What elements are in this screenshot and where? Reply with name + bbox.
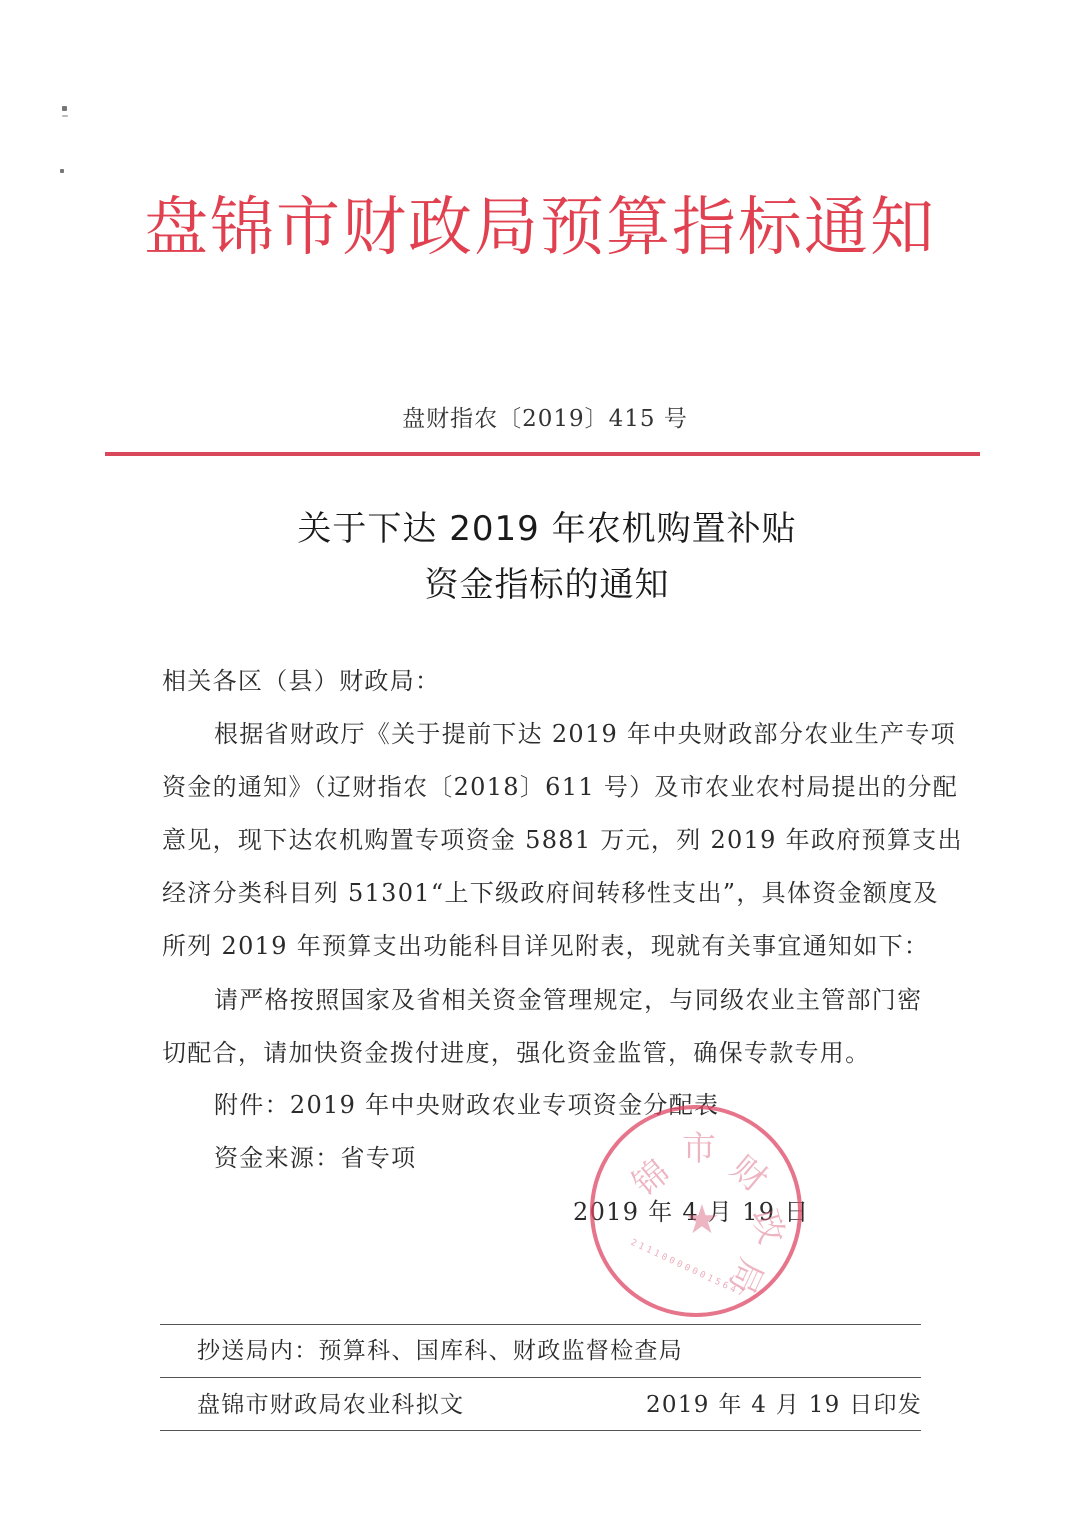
salutation: 相关各区（县）财政局： [162,666,440,696]
footer-rule-middle [160,1377,921,1378]
signature-date: 2019 年 4 月 19 日 [573,1197,810,1227]
stamp-char: 市 [682,1121,716,1170]
footer-rule-top [160,1324,921,1325]
document-number: 盘财指农〔2019〕415 号 [0,400,1080,433]
stamp-char: 局 [720,1252,779,1304]
issue-date: 2019 年 4 月 19 日印发 [646,1390,922,1420]
notice-title-line-1: 关于下达 2019 年农机购置补贴 [0,501,1080,550]
cc-line: 抄送局内：预算科、国库科、财政监督检查局 [197,1336,683,1366]
paragraph-1-line: 意见，现下达农机购置专项资金 5881 万元，列 2019 年政府预算支出 [162,825,963,855]
paragraph-1-line: 资金的通知》（辽财指农〔2018〕611 号）及市农业农村局提出的分配 [162,772,958,802]
paragraph-1-line: 根据省财政厅《关于提前下达 2019 年中央财政部分农业生产专项 [214,719,956,749]
stamp-char: 财 [722,1142,780,1201]
notice-title-line-2: 资金指标的通知 [0,557,1080,606]
scan-speck [62,115,68,117]
scan-speck [62,106,67,111]
paragraph-1-line: 经济分类科目列 51301“上下级政府间转移性支出”，具体资金额度及 [162,878,939,908]
attachment-line: 附件：2019 年中央财政农业专项资金分配表 [214,1090,719,1120]
scan-speck [60,169,64,173]
paragraph-2-line: 切配合，请加快资金拨付进度，强化资金监管，确保专款专用。 [162,1038,870,1068]
drafter-line: 盘锦市财政局农业科拟文 [197,1390,464,1420]
fund-source-line: 资金来源：省专项 [214,1143,416,1173]
masthead-title: 盘锦市财政局预算指标通知 [0,188,1080,268]
red-separator-rule [105,452,980,456]
paragraph-1-line: 所列 2019 年预算支出功能科目详见附表，现就有关事宜通知如下： [162,931,929,961]
stamp-code: 211100000015647 [629,1238,769,1310]
footer-rule-bottom [160,1430,921,1431]
paragraph-2-line: 请严格按照国家及省相关资金管理规定，与同级农业主管部门密 [214,985,922,1015]
